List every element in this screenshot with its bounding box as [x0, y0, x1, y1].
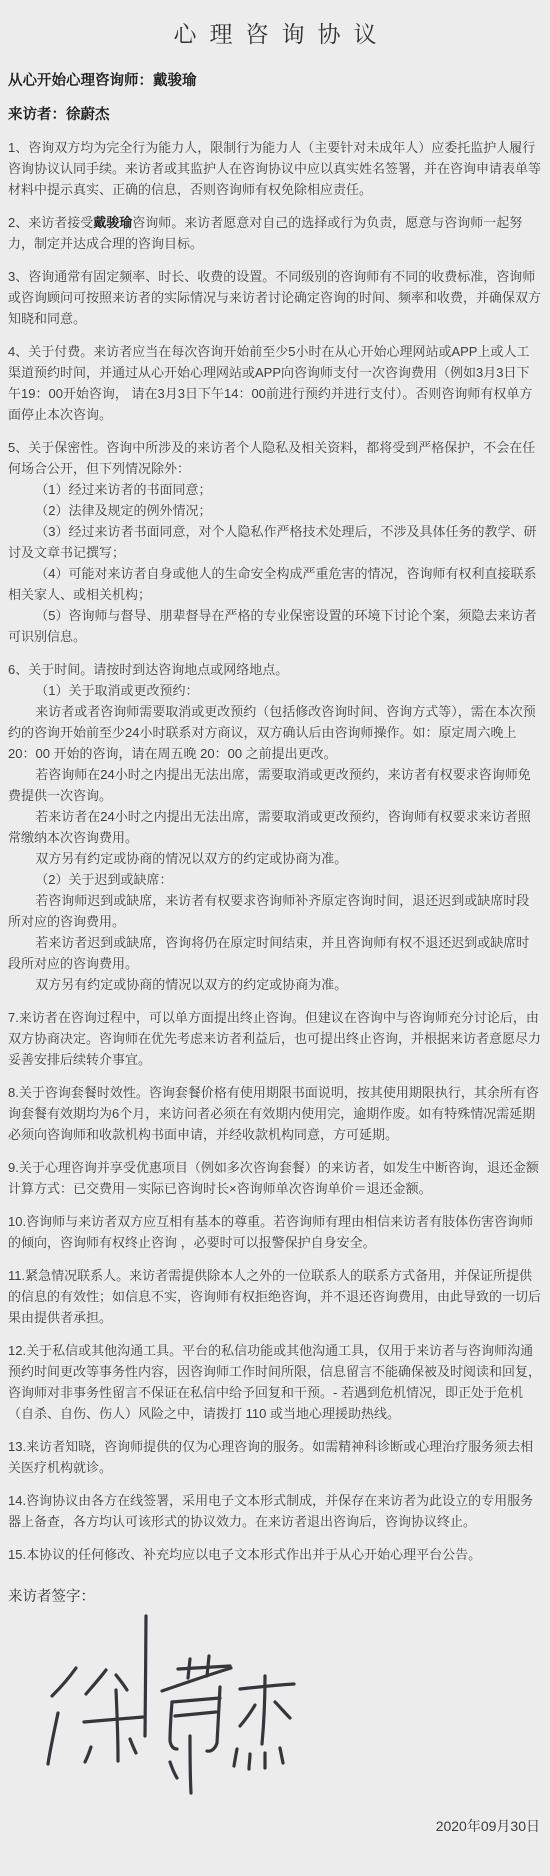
clause-paragraph: 13.来访者知晓，咨询师提供的仅为心理咨询的服务。如需精神科诊断或心理治疗服务须…	[8, 1436, 542, 1478]
clause-text: （1）关于取消或更改预约：	[35, 683, 198, 698]
page-title: 心理咨询协议	[8, 16, 542, 49]
signature-label: 来访者签字：	[8, 1587, 542, 1608]
signature-stroke	[240, 1705, 255, 1726]
signature-stroke	[170, 1762, 177, 1778]
signature-stroke	[207, 1687, 220, 1751]
clause-text: 4、关于付费。来访者应当在每次咨询开始前至少5小时在从心开始心理网站或APP上或…	[8, 344, 532, 422]
clause-text: 2、来访者接受	[8, 215, 93, 230]
signature-stroke	[275, 1702, 290, 1718]
clause-text: 1、咨询双方均为完全行为能力人，限制行为能力人（主要针对未成年人）应委托监护人履…	[8, 140, 541, 197]
clause-paragraph: 若咨询师迟到或缺席，来访者有权要求咨询师补齐原定咨询时间，退还迟到或缺席时段所对…	[8, 890, 542, 932]
counselor-line: 从心开始心理咨询师：戴骏瑜	[8, 71, 542, 91]
visitor-signature-drawing	[32, 1610, 332, 1806]
clause-text: 14.咨询协议由各方在线签署，采用电子文本形式制成，并保存在来访者为此设立的专用…	[8, 1493, 533, 1529]
signature-stroke	[175, 1712, 216, 1716]
clause-paragraph: （2）关于迟到或缺席：	[8, 869, 542, 890]
clause-paragraph: 若咨询师在24小时之内提出无法出席，需要取消或更改预约，来访者有权要求咨询师免费…	[8, 764, 542, 806]
clause-text: （4）可能对来访者自身或他人的生命安全构成严重危害的情况，咨询师有权利直接联系相…	[8, 566, 537, 602]
clause-paragraph: 若来访者迟到或缺席，咨询将仍在原定时间结束，并且咨询师有权不退还迟到或缺席时段所…	[8, 932, 542, 974]
signature-stroke	[170, 1702, 177, 1749]
clause-paragraph: 10.咨询师与来访者双方应互相有基本的尊重。若咨询师有理由相信来访者有肢体伤害咨…	[8, 1211, 542, 1253]
clause-paragraph: 14.咨询协议由各方在线签署，采用电子文本形式制成，并保存在来访者为此设立的专用…	[8, 1490, 542, 1532]
clause-paragraph: 双方另有约定或协商的情况以双方的约定或协商为准。	[8, 974, 542, 995]
clause-text: 12.关于私信或其他沟通工具。平台的私信功能或其他沟通工具，仅用于来访者与咨询师…	[8, 1343, 541, 1421]
clause-paragraph: （2）法律及规定的例外情况；	[8, 500, 542, 521]
clause-paragraph: 4、关于付费。来访者应当在每次咨询开始前至少5小时在从心开始心理网站或APP上或…	[8, 341, 542, 425]
agreement-document: 心理咨询协议 从心开始心理咨询师：戴骏瑜 来访者：徐蔚杰 1、咨询双方均为完全行…	[0, 0, 550, 1876]
signature-stroke	[48, 1713, 58, 1764]
clause-paragraph: 2、来访者接受戴骏瑜咨询师。来访者愿意对自己的选择或行为负责，愿意与咨询师一起努…	[8, 212, 542, 254]
clause-paragraph: 5、关于保密性。咨询中所涉及的来访者个人隐私及相关资料，都将受到严格保护，不会在…	[8, 437, 542, 479]
signature-stroke	[116, 1675, 127, 1690]
clause-text: 若来访者迟到或缺席，咨询将仍在原定时间结束，并且咨询师有权不退还迟到或缺席时段所…	[8, 935, 529, 971]
clause-paragraph: 若来访者在24小时之内提出无法出席，需要取消或更改预约，咨询师有权要求来访者照常…	[8, 806, 542, 848]
signature-stroke	[280, 1748, 283, 1763]
clause-paragraph: 双方另有约定或协商的情况以双方的约定或协商为准。	[8, 848, 542, 869]
signature-stroke	[84, 1717, 143, 1722]
clause-text: 15.本协议的任何修改、补充均应以电子文本形式作出并于从心开始心理平台公告。	[8, 1547, 481, 1562]
clause-text: 若咨询师迟到或缺席，来访者有权要求咨询师补齐原定咨询时间，退还迟到或缺席时段所对…	[8, 893, 529, 929]
signature-stroke	[190, 1736, 191, 1793]
clause-text: 6、关于时间。请按时到达咨询地点或网络地点。	[8, 662, 288, 677]
clause-paragraph: 3、咨询通常有固定频率、时长、收费的设置。不同级别的咨询师有不同的收费标准，咨询…	[8, 266, 542, 329]
clause-paragraph: 11.紧急情况联系人。来访者需提供除本人之外的一位联系人的联系方式备用，并保证所…	[8, 1265, 542, 1328]
clause-text: （2）关于迟到或缺席：	[35, 872, 172, 887]
clause-text: 若来访者在24小时之内提出无法出席，需要取消或更改预约，咨询师有权要求来访者照常…	[8, 809, 531, 845]
clause-text: （3）经过来访者书面同意，对个人隐私作严格技术处理后，不涉及具体任务的教学、研讨…	[8, 524, 537, 560]
clause-paragraph: （5）咨询师与督导、朋辈督导在严格的专业保密设置的环境下讨论个案，须隐去来访者可…	[8, 605, 542, 647]
clause-text: 7.来访者在咨询过程中，可以单方面提出终止咨询。但建议在咨询中与咨询师充分讨论后…	[8, 1010, 541, 1067]
clause-paragraph: 7.来访者在咨询过程中，可以单方面提出终止咨询。但建议在咨询中与咨询师充分讨论后…	[8, 1007, 542, 1070]
clause-paragraph: 1、咨询双方均为完全行为能力人，限制行为能力人（主要针对未成年人）应委托监护人履…	[8, 137, 542, 200]
clause-paragraph: （1）经过来访者的书面同意；	[8, 479, 542, 500]
clause-paragraph: 15.本协议的任何修改、补充均应以电子文本形式作出并于从心开始心理平台公告。	[8, 1544, 542, 1565]
clause-text: 若咨询师在24小时之内提出无法出席，需要取消或更改预约，来访者有权要求咨询师免费…	[8, 767, 531, 803]
clause-list: 1、咨询双方均为完全行为能力人，限制行为能力人（主要针对未成年人）应委托监护人履…	[8, 137, 542, 1565]
clause-text: （1）经过来访者的书面同意；	[35, 482, 211, 497]
clause-paragraph: （1）关于取消或更改预约：	[8, 680, 542, 701]
clause-text: 8.关于咨询套餐时效性。咨询套餐价格有使用期限书面说明，按其使用期限执行，其余所…	[8, 1085, 539, 1142]
clause-text: 10.咨询师与来访者双方应互相有基本的尊重。若咨询师有理由相信来访者有肢体伤害咨…	[8, 1214, 533, 1250]
clause-paragraph: （4）可能对来访者自身或他人的生命安全构成严重危害的情况，咨询师有权利直接联系相…	[8, 563, 542, 605]
clause-text: （5）咨询师与督导、朋辈督导在严格的专业保密设置的环境下讨论个案，须隐去来访者可…	[8, 608, 537, 644]
signature-area	[32, 1610, 542, 1806]
signature-stroke	[52, 1668, 76, 1696]
visitor-line: 来访者：徐蔚杰	[8, 105, 542, 125]
clause-text: 5、关于保密性。咨询中所涉及的来访者个人隐私及相关资料，都将受到严格保护，不会在…	[8, 440, 535, 476]
signature-stroke	[130, 1739, 136, 1753]
signature-stroke	[86, 1670, 106, 1694]
clause-paragraph: 9.关于心理咨询并享受优惠项目（例如多次咨询套餐）的来访者，如发生中断咨询，退还…	[8, 1157, 542, 1199]
signature-stroke	[249, 1754, 250, 1769]
signature-stroke	[172, 1698, 220, 1702]
signature-stroke	[85, 1747, 91, 1762]
clause-text: （2）法律及规定的例外情况；	[35, 503, 211, 518]
clause-text: 11.紧急情况联系人。来访者需提供除本人之外的一位联系人的联系方式备用，并保证所…	[8, 1268, 541, 1325]
clause-text: 双方另有约定或协商的情况以双方的约定或协商为准。	[35, 851, 347, 866]
signature-stroke	[178, 1666, 230, 1669]
signature-stroke	[234, 1749, 237, 1766]
clause-paragraph: 12.关于私信或其他沟通工具。平台的私信功能或其他沟通工具，仅用于来访者与咨询师…	[8, 1340, 542, 1424]
clause-text: 9.关于心理咨询并享受优惠项目（例如多次咨询套餐）的来访者，如发生中断咨询，退还…	[8, 1160, 539, 1196]
clause-paragraph: （3）经过来访者书面同意，对个人隐私作严格技术处理后，不涉及具体任务的教学、研讨…	[8, 521, 542, 563]
signature-stroke	[207, 1656, 209, 1676]
clause-text: 双方另有约定或协商的情况以双方的约定或协商为准。	[35, 977, 347, 992]
clause-paragraph: 6、关于时间。请按时到达咨询地点或网络地点。	[8, 659, 542, 680]
signature-stroke	[188, 1659, 190, 1678]
clause-text: 来访者或者咨询师需要取消或更改预约（包括修改咨询时间、咨询方式等），需在本次预约…	[8, 704, 536, 761]
signature-stroke	[116, 1690, 118, 1761]
signature-stroke	[240, 1684, 294, 1689]
clause-text: 3、咨询通常有固定频率、时长、收费的设置。不同级别的咨询师有不同的收费标准，咨询…	[8, 269, 541, 326]
clause-text: 戴骏瑜	[93, 215, 132, 230]
clause-paragraph: 8.关于咨询套餐时效性。咨询套餐价格有使用期限书面说明，按其使用期限执行，其余所…	[8, 1082, 542, 1145]
agreement-date: 2020年09月30日	[8, 1816, 540, 1836]
signature-stroke	[145, 1616, 146, 1736]
clause-paragraph: 来访者或者咨询师需要取消或更改预约（包括修改咨询时间、咨询方式等），需在本次预约…	[8, 701, 542, 764]
clause-text: 13.来访者知晓，咨询师提供的仅为心理咨询的服务。如需精神科诊断或心理治疗服务须…	[8, 1439, 533, 1475]
